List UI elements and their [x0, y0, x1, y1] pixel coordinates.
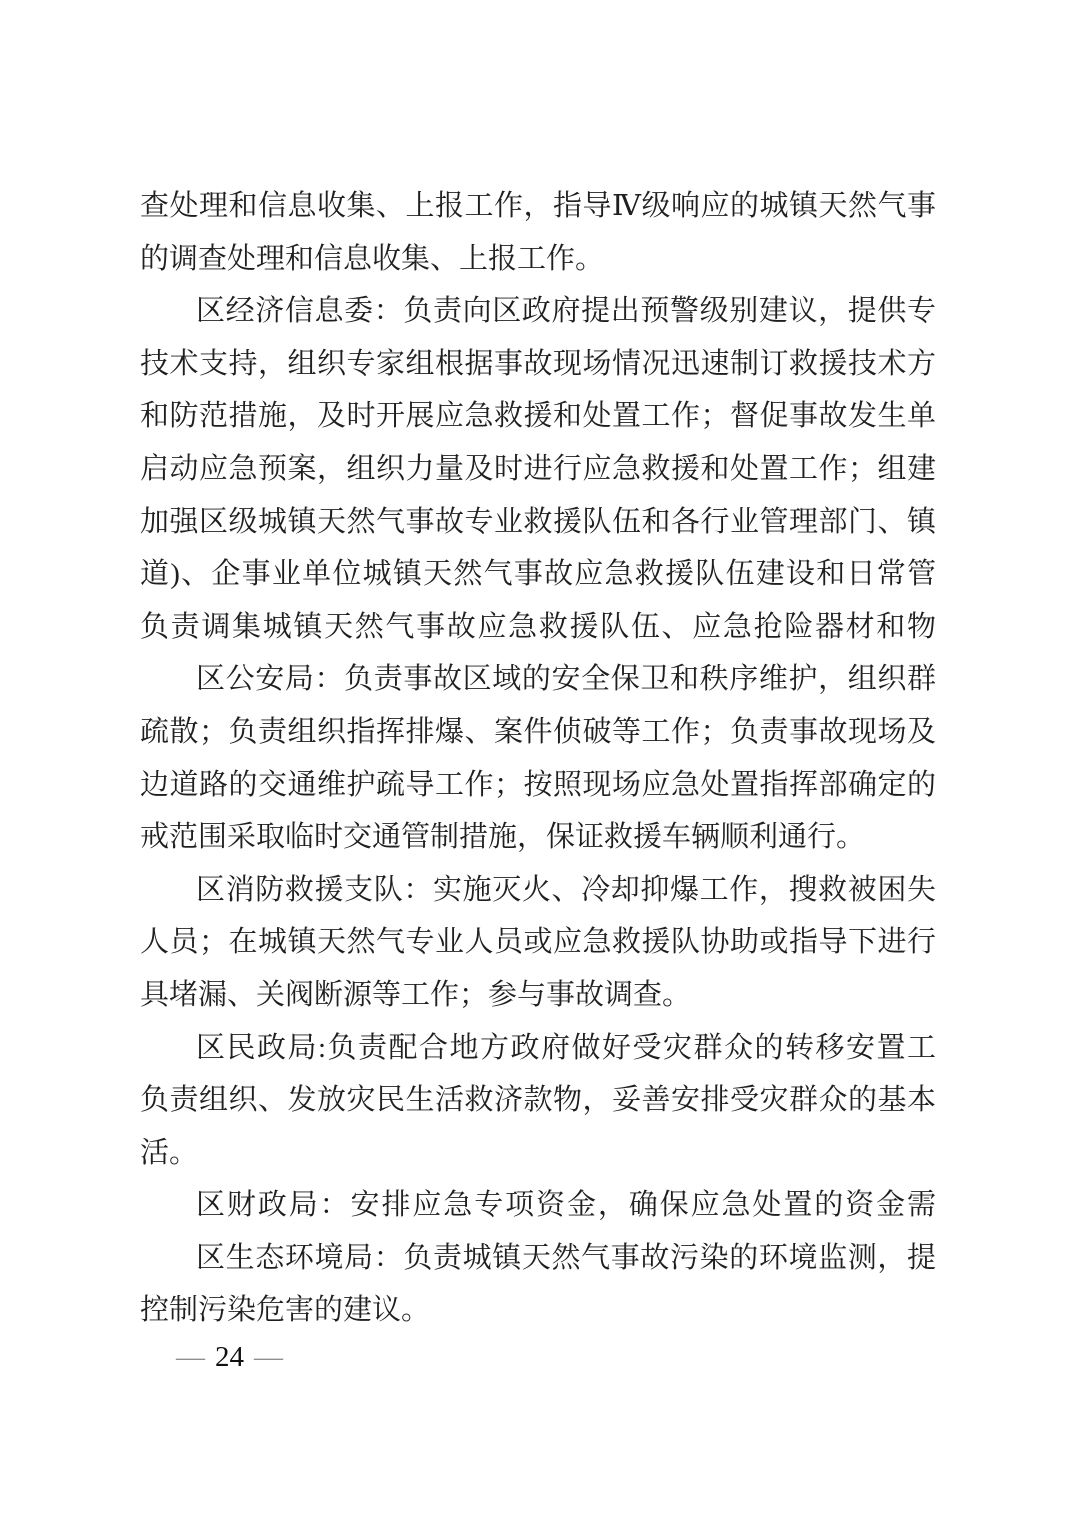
text-line: 控制污染危害的建议。 — [140, 1284, 936, 1337]
text-line: 戒范围采取临时交通管制措施，保证救援车辆顺利通行。 — [140, 811, 936, 864]
page-footer: —24— — [170, 1336, 289, 1378]
paragraph-civil-affairs-bureau: 区民政局:负责配合地方政府做好受灾群众的转移安置工作； 负责组织、发放灾民生活救… — [140, 1022, 936, 1180]
paragraph-ecology-environment-bureau: 区生态环境局：负责城镇天然气事故污染的环境监测，提出 控制污染危害的建议。 — [140, 1232, 936, 1337]
text-line: 区生态环境局：负责城镇天然气事故污染的环境监测，提出 — [140, 1232, 936, 1285]
text-line: 区财政局：安排应急专项资金，确保应急处置的资金需要。 — [140, 1179, 936, 1232]
paragraph-continuation: 查处理和信息收集、上报工作，指导Ⅳ级响应的城镇天然气事故 的调查处理和信息收集、… — [140, 180, 936, 285]
text-line: 道)、企事业单位城镇天然气事故应急救援队伍建设和日常管理， — [140, 548, 936, 601]
paragraph-economic-information-commission: 区经济信息委：负责向区政府提出预警级别建议，提供专业 技术支持，组织专家组根据事… — [140, 285, 936, 653]
text-line: 负责组织、发放灾民生活救济款物，妥善安排受灾群众的基本生 — [140, 1074, 936, 1127]
footer-dash-left: — — [170, 1341, 211, 1373]
paragraph-fire-rescue-brigade: 区消防救援支队：实施灭火、冷却抑爆工作，搜救被困失踪 人员；在城镇天然气专业人员… — [140, 864, 936, 1022]
text-line: 区民政局:负责配合地方政府做好受灾群众的转移安置工作； — [140, 1022, 936, 1075]
text-line: 边道路的交通维护疏导工作；按照现场应急处置指挥部确定的警 — [140, 759, 936, 812]
text-line: 负责调集城镇天然气事故应急救援队伍、应急抢险器材和物资。 — [140, 601, 936, 654]
text-line: 区消防救援支队：实施灭火、冷却抑爆工作，搜救被困失踪 — [140, 864, 936, 917]
page-number: 24 — [211, 1341, 248, 1373]
text-line: 人员；在城镇天然气专业人员或应急救援队协助或指导下进行器 — [140, 916, 936, 969]
text-line: 具堵漏、关阀断源等工作；参与事故调查。 — [140, 969, 936, 1022]
text-line: 区经济信息委：负责向区政府提出预警级别建议，提供专业 — [140, 285, 936, 338]
text-line: 启动应急预案，组织力量及时进行应急救援和处置工作；组建并 — [140, 443, 936, 496]
text-line: 疏散；负责组织指挥排爆、案件侦破等工作；负责事故现场及周 — [140, 706, 936, 759]
document-body: 查处理和信息收集、上报工作，指导Ⅳ级响应的城镇天然气事故 的调查处理和信息收集、… — [140, 180, 936, 1337]
text-line: 加强区级城镇天然气事故专业救援队伍和各行业管理部门、镇(街 — [140, 496, 936, 549]
paragraph-finance-bureau: 区财政局：安排应急专项资金，确保应急处置的资金需要。 — [140, 1179, 936, 1232]
text-line: 查处理和信息收集、上报工作，指导Ⅳ级响应的城镇天然气事故 — [140, 180, 936, 233]
text-line: 技术支持，组织专家组根据事故现场情况迅速制订救援技术方案 — [140, 338, 936, 391]
document-page: 查处理和信息收集、上报工作，指导Ⅳ级响应的城镇天然气事故 的调查处理和信息收集、… — [0, 0, 1074, 1520]
text-line: 区公安局：负责事故区域的安全保卫和秩序维护，组织群众 — [140, 653, 936, 706]
text-line: 活。 — [140, 1127, 936, 1180]
text-line: 和防范措施，及时开展应急救援和处置工作；督促事故发生单位 — [140, 390, 936, 443]
footer-dash-right: — — [248, 1341, 289, 1373]
text-line: 的调查处理和信息收集、上报工作。 — [140, 233, 936, 286]
paragraph-public-security-bureau: 区公安局：负责事故区域的安全保卫和秩序维护，组织群众 疏散；负责组织指挥排爆、案… — [140, 653, 936, 863]
